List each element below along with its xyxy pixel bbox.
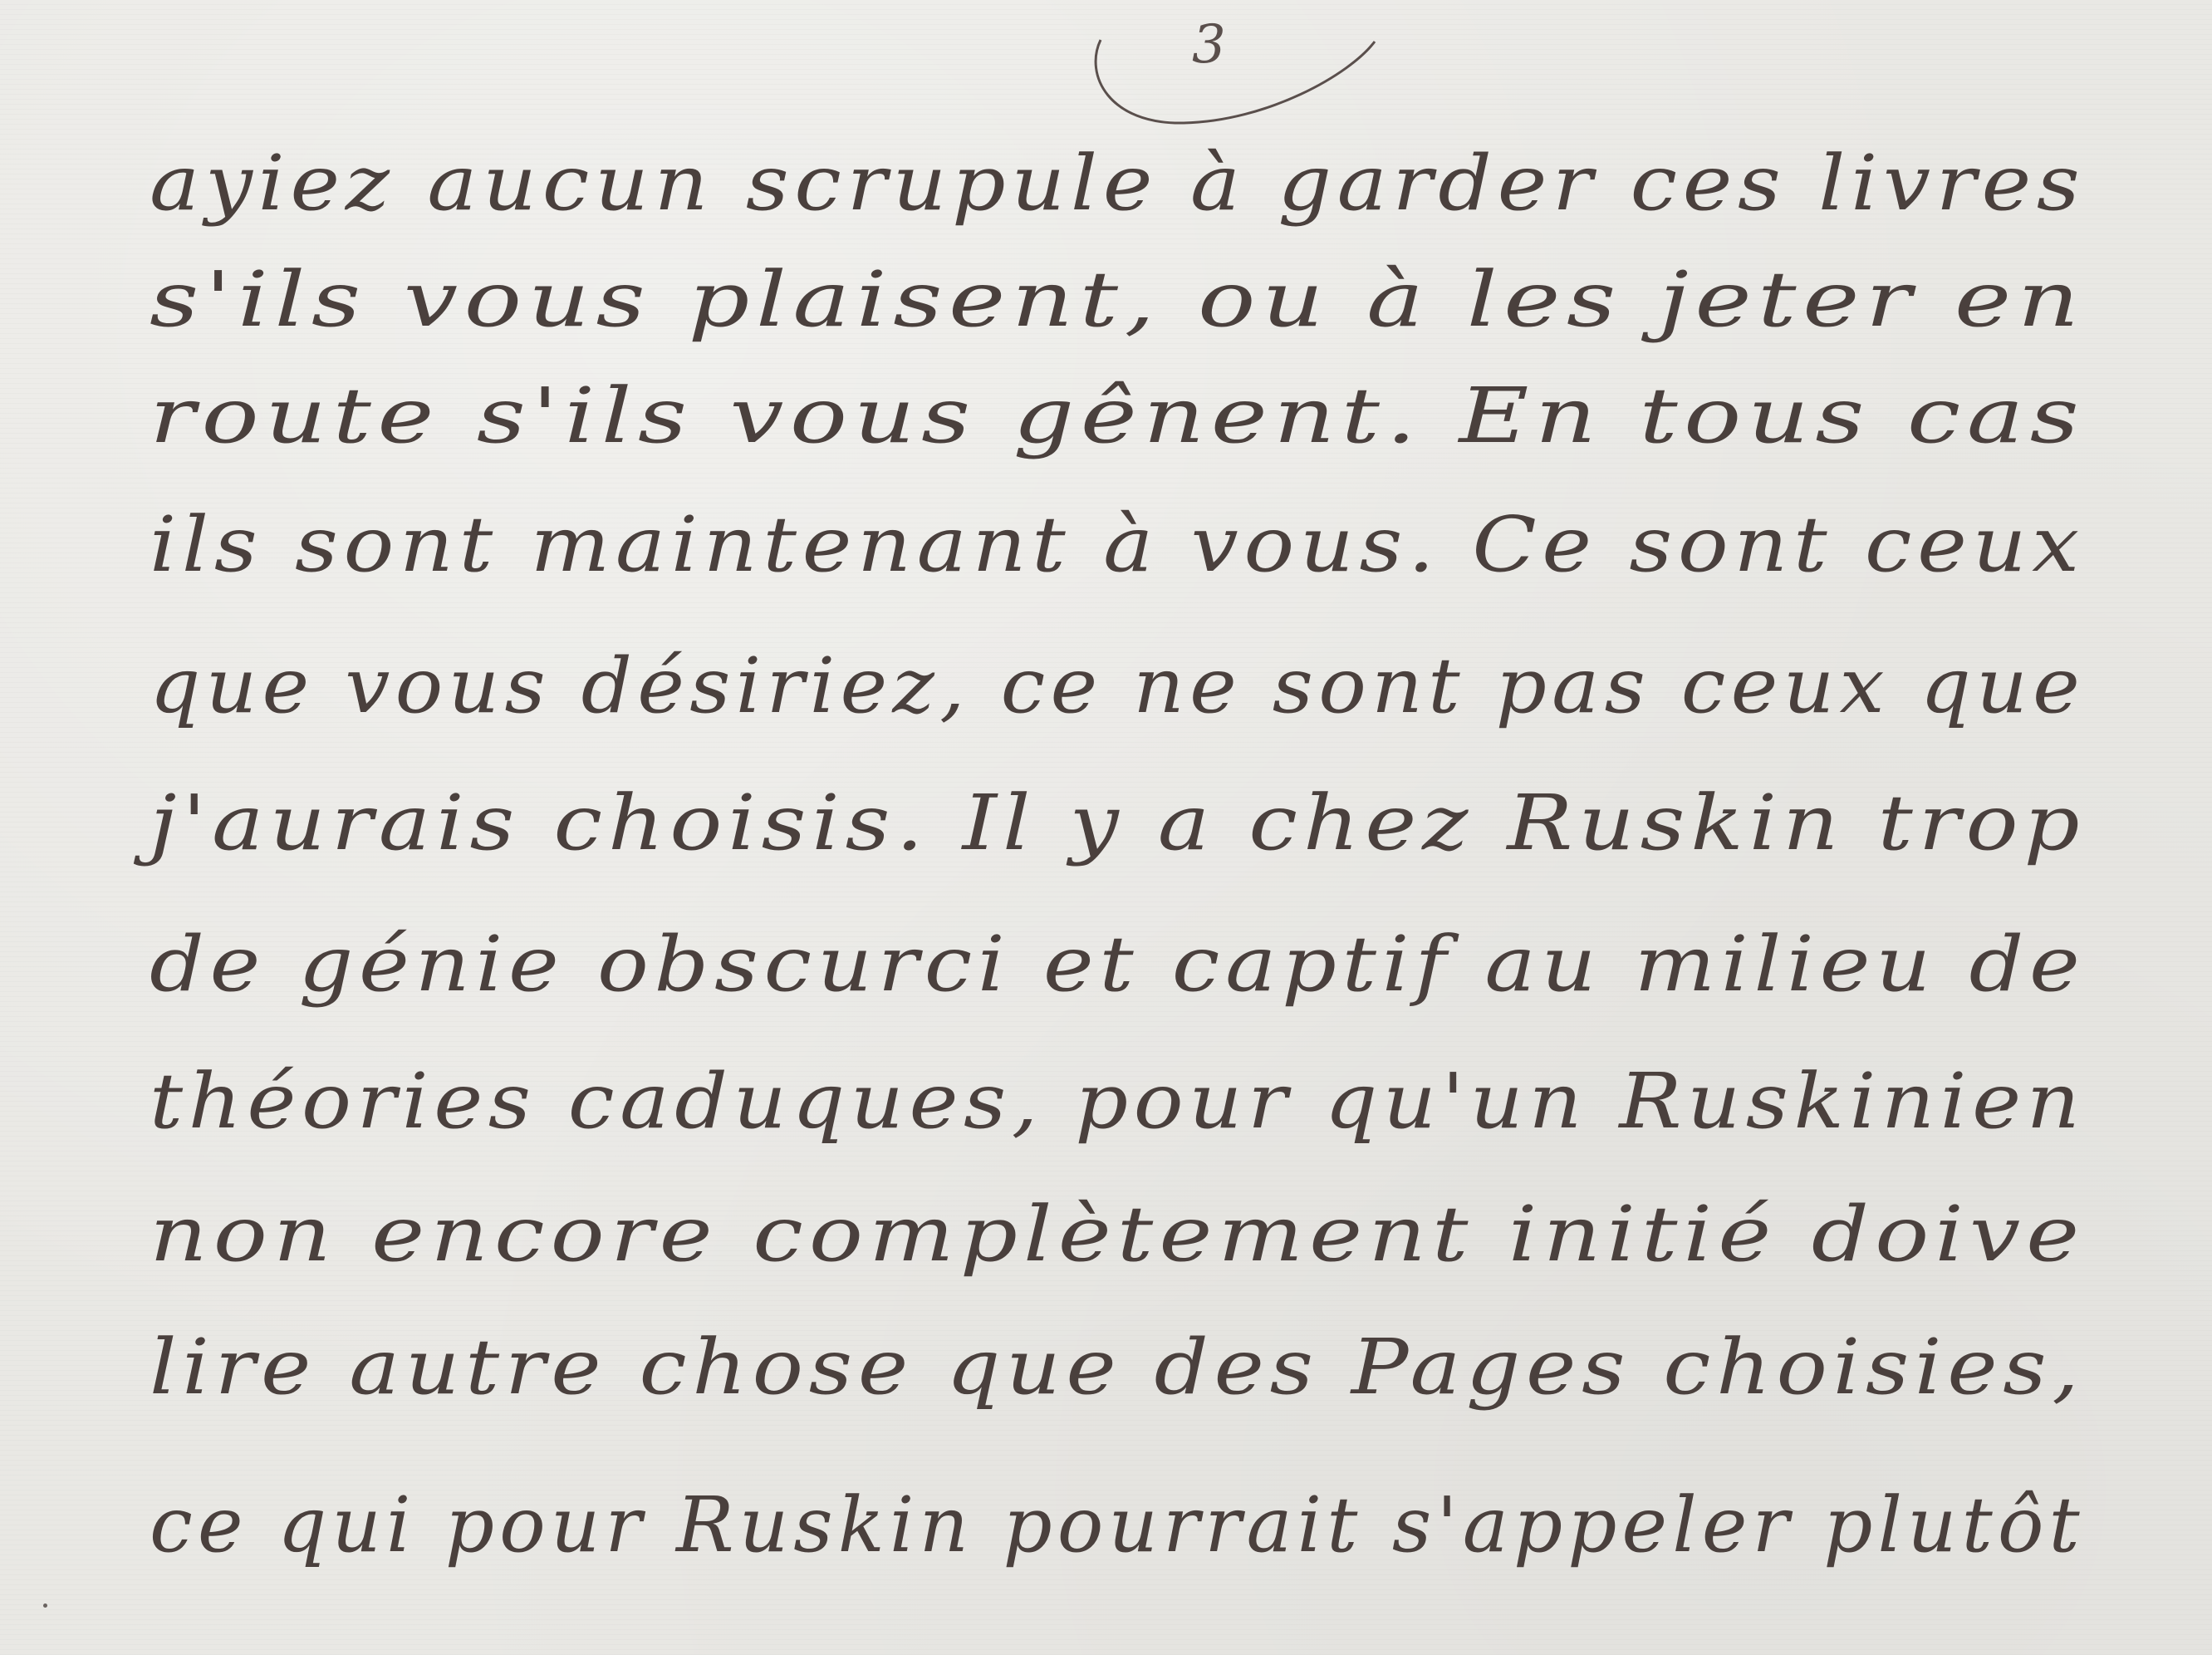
letter-line: que vous désiriez, ce ne sont pas ceux q…	[150, 648, 2085, 724]
letter-page: 3 ayiez aucun scrupule à garder ces livr…	[0, 0, 2212, 1655]
letter-line: j'aurais choisis. Il y a chez Ruskin tro…	[150, 785, 2086, 862]
letter-line: ils sont maintenant à vous. Ce sont ceux	[150, 507, 2085, 583]
letter-line: lire autre chose que des Pages choisies,	[150, 1329, 2084, 1406]
letter-line: s'ils vous plaisent, ou à les jeter en	[150, 262, 2086, 338]
page-number-flourish	[1084, 17, 1383, 125]
letter-line: théories caduques, pour qu'un Ruskinien	[150, 1063, 2085, 1140]
letter-line: ayiez aucun scrupule à garder ces livres	[150, 145, 2085, 222]
letter-line: route s'ils vous gênent. En tous cas	[150, 378, 2085, 454]
letter-line: de génie obscurci et captif au milieu de	[150, 926, 2086, 1003]
paper-speck	[43, 1603, 47, 1608]
letter-line: non encore complètement initié doive	[150, 1196, 2085, 1273]
page-number: 3	[1192, 18, 1226, 71]
letter-line: ce qui pour Ruskin pourrait s'appeler pl…	[150, 1487, 2085, 1564]
